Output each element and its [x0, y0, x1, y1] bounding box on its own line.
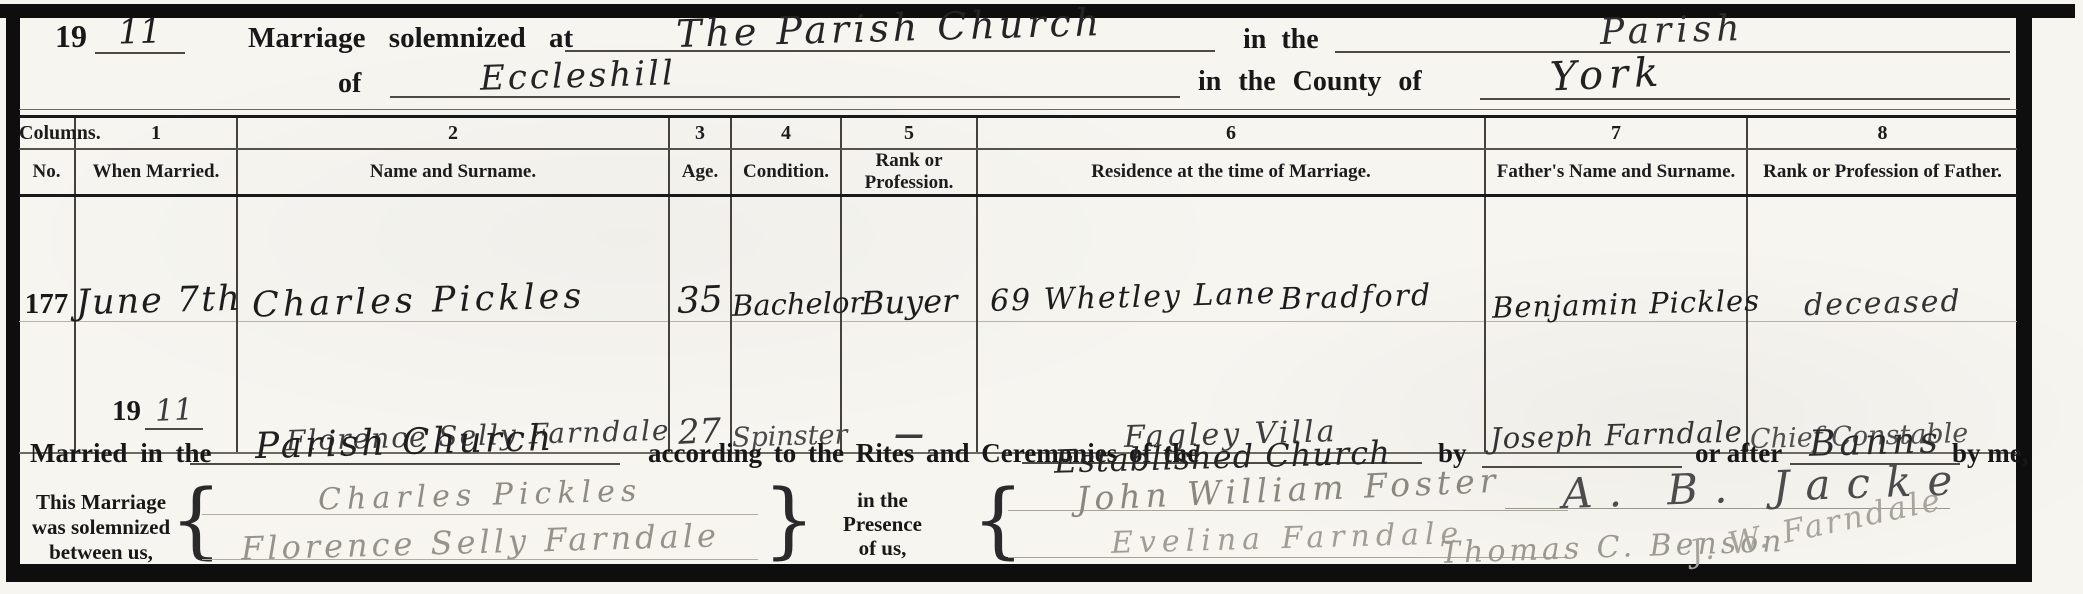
col2-num: 2	[237, 117, 669, 150]
border-right	[2016, 4, 2032, 582]
header-year-written: 11	[118, 11, 162, 52]
entry-number: 177	[25, 288, 69, 320]
presence-label-line2: Presence	[800, 512, 965, 536]
married-in-label: Married in the	[30, 438, 211, 469]
header-parish-written: Parish	[1600, 8, 1746, 53]
col6-num: 6	[977, 117, 1485, 150]
witness2-signature: Evelina Farndale	[1111, 516, 1465, 561]
col6-label: Residence at the time of Marriage.	[977, 149, 1485, 196]
presence-label-line3: of us,	[800, 536, 965, 560]
border-left	[6, 4, 20, 582]
groom-row: 177 June 7th Charles Pickles 35 Bachelor…	[19, 196, 2017, 322]
header-solemnized-label: Marriage solemnized at	[248, 22, 573, 55]
bride-when-married-printed: 19	[112, 395, 141, 427]
col5-num: 5	[841, 117, 977, 150]
col4-label: Condition.	[731, 149, 841, 196]
col3-label: Age.	[669, 149, 731, 196]
col7-label: Father's Name and Surname.	[1485, 149, 1747, 196]
marriage-register-scan: 19 11 Marriage solemnized at The Parish …	[0, 0, 2083, 594]
groom-residence-line2: Bradford	[1280, 278, 1433, 317]
this-marriage-label-line1: This Marriage	[26, 490, 176, 515]
corner-no-label: No.	[19, 149, 75, 196]
couple-signature-area: Charles Pickles Florence Selly Farndale	[202, 478, 758, 560]
header-of-label: of	[338, 68, 361, 100]
groom-residence-line1: 69 Whetley Lane	[984, 276, 1277, 319]
header-year-printed: 19	[55, 18, 87, 55]
married-in-field: Parish Church	[190, 422, 620, 465]
groom-father-rank: deceased	[1803, 284, 1962, 323]
groom-rank: Buyer	[860, 282, 957, 323]
header-place-field: The Parish Church	[565, 6, 1215, 52]
table-top-hairline	[19, 109, 2017, 110]
col5-label: Rank or Profession.	[841, 149, 977, 196]
header-county-written: York	[1549, 50, 1665, 101]
col8-label: Rank or Profession of Father.	[1747, 149, 2017, 196]
header-district-field: Eccleshill	[390, 56, 1180, 98]
by-blank-field	[1482, 422, 1682, 468]
groom-father-name: Benjamin Pickles	[1492, 283, 1761, 324]
this-marriage-label-line3: between us,	[26, 540, 176, 565]
corner-columns-label: Columns.	[19, 117, 75, 150]
col1-label: When Married.	[75, 149, 237, 196]
married-in-written: Parish Church	[255, 418, 555, 467]
header-in-the-label: in the	[1243, 24, 1319, 56]
witness1-signature: John William Foster	[1075, 461, 1501, 518]
groom-name: Charles Pickles	[252, 276, 586, 325]
register-table: Columns. 1 2 3 4 5 6 7 8 No. When Marrie…	[19, 115, 2017, 454]
this-marriage-label-line2: was solemnized	[26, 515, 176, 540]
col4-num: 4	[731, 117, 841, 150]
rites-field: Established Church	[1022, 424, 1422, 464]
groom-signature: Charles Pickles	[317, 473, 642, 517]
groom-condition: Bachelor	[732, 285, 864, 323]
col7-num: 7	[1485, 117, 1747, 150]
presence-label: in the Presence of us,	[800, 488, 965, 560]
header-place-written: The Parish Church	[676, 0, 1104, 56]
header-county-label: in the County of	[1198, 66, 1422, 98]
header-county-field: York	[1480, 52, 2010, 100]
col3-num: 3	[669, 117, 731, 150]
col2-label: Name and Surname.	[237, 149, 669, 196]
bride-when-married-written: 11	[154, 392, 194, 429]
header-year-written-field: 11	[95, 12, 185, 54]
bride-signature: Florence Selly Farndale	[240, 516, 720, 567]
this-marriage-label: This Marriage was solemnized between us,	[26, 490, 176, 565]
header-parish-field: Parish	[1335, 10, 2010, 53]
groom-age: 35	[676, 279, 724, 322]
header-district-written: Eccleshill	[479, 53, 676, 98]
groom-when-married: June 7th	[75, 279, 242, 324]
presence-label-line1: in the	[800, 488, 965, 512]
col8-num: 8	[1747, 117, 2017, 150]
